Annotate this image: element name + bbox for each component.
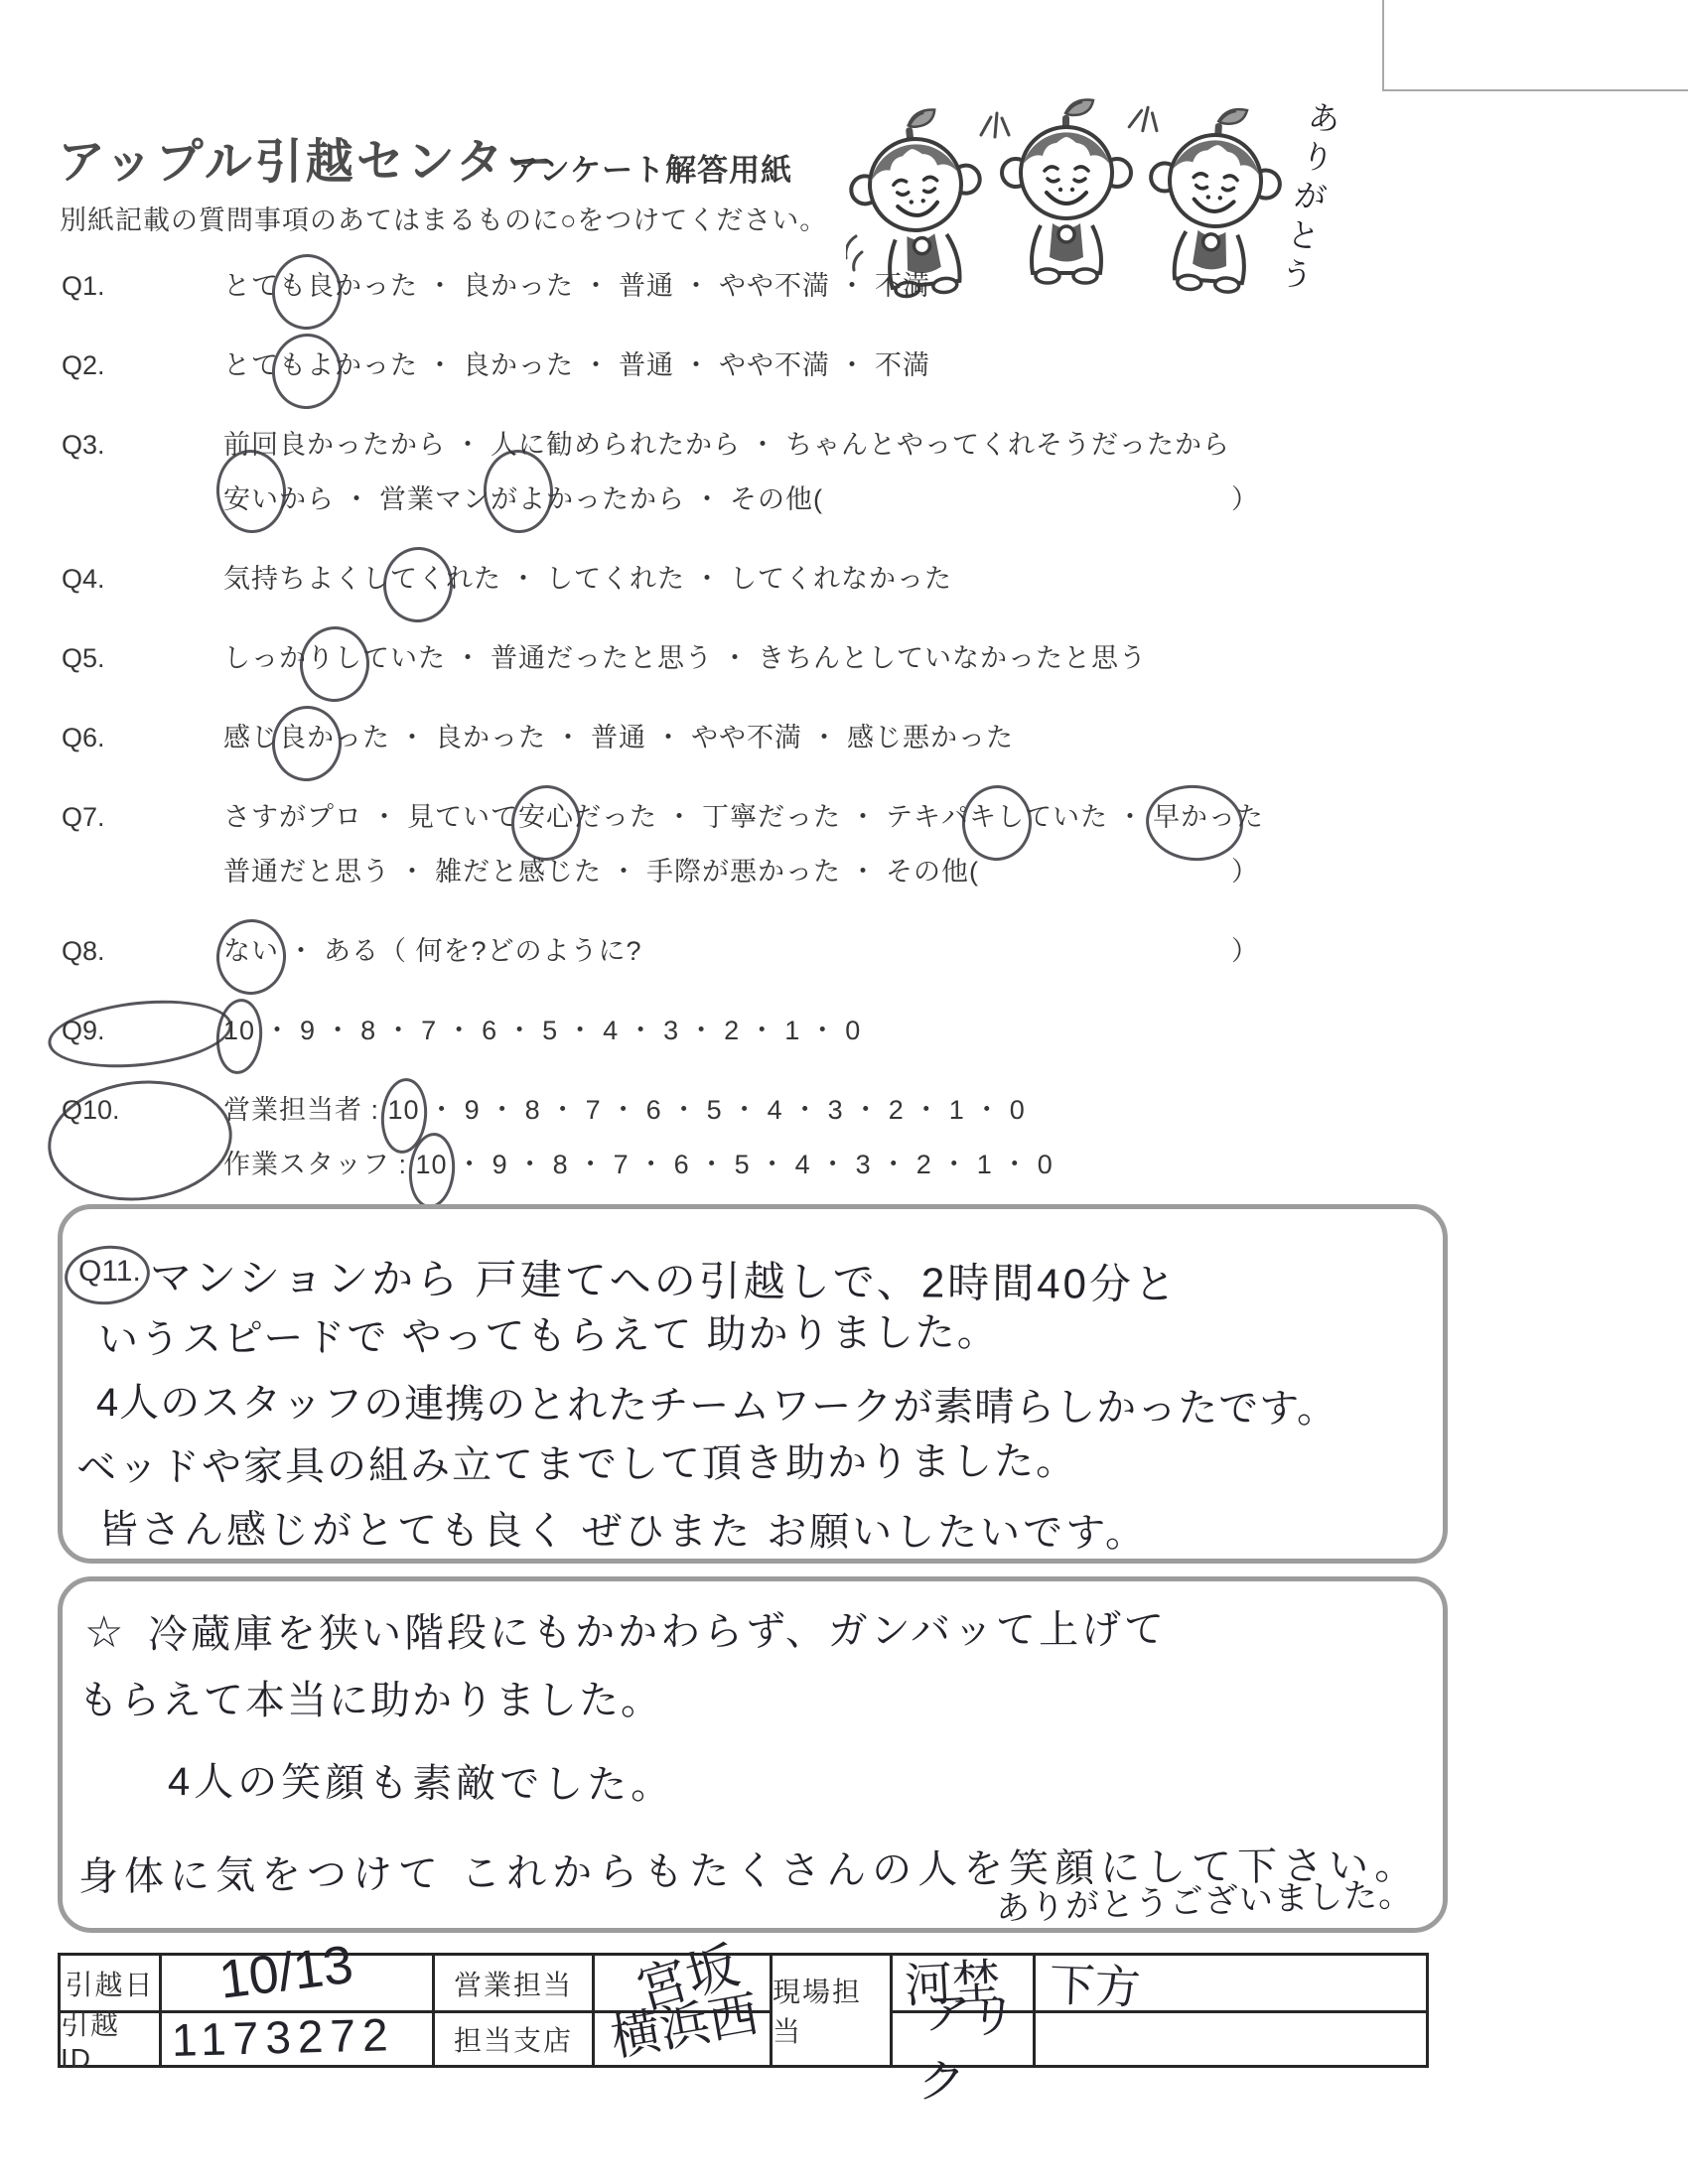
circled-option: 10 bbox=[223, 1011, 255, 1050]
circled-option: も良 bbox=[279, 266, 335, 306]
question-q9: Q9.10 ・ 9 ・ 8 ・ 7 ・ 6 ・ 5 ・ 4 ・ 3 ・ 2 ・ … bbox=[62, 1011, 1452, 1050]
question-options-line: さすがプロ ・ 見ていて安心だった ・ 丁寧だった ・ テキパキしていた ・ 早… bbox=[223, 797, 1452, 837]
brand-logo: アップル引越センター bbox=[58, 123, 557, 192]
handwritten-comment-line: もらえて本当に助かりました。 bbox=[78, 1669, 662, 1725]
option-text: だった ・ 丁寧だった ・ テキパ bbox=[574, 802, 969, 832]
form-title: アンケート解答用紙 bbox=[508, 145, 792, 190]
handwritten-comment-line: 冷蔵庫を狭い階段にもかかわらず、ガンバッて上げて bbox=[148, 1598, 1167, 1660]
option-text: 営業担当者 : bbox=[223, 1095, 388, 1125]
handwritten-comment-line: 皆さん感じがとても良く ぜひまた お願いしたいです。 bbox=[98, 1498, 1148, 1559]
option-text: ・ 9 ・ 8 ・ 7 ・ 6 ・ 5 ・ 4 ・ 3 ・ 2 ・ 1 ・ 0 bbox=[420, 1095, 1026, 1125]
circled-option: 早かっ bbox=[1153, 797, 1236, 837]
question-id: Q10. bbox=[62, 1090, 223, 1184]
handwritten-comment-line: マンションから 戸建てへの引越しで、2時間40分と bbox=[150, 1245, 1179, 1311]
option-text: ・ 9 ・ 8 ・ 7 ・ 6 ・ 5 ・ 4 ・ 3 ・ 2 ・ 1 ・ 0 bbox=[255, 1016, 861, 1045]
question-q5: Q5.しっかりしていた ・ 普通だったと思う ・ きちんとしていなかったと思う bbox=[62, 638, 1452, 678]
option-text: 前回良かったから ・ 人に勧められたから ・ ちゃんとやってくれそうだったから bbox=[223, 430, 1230, 460]
circled-option: 10 bbox=[388, 1090, 420, 1130]
move-id-value: 1173272 bbox=[171, 2007, 395, 2067]
scan-artifact-line bbox=[1382, 0, 1384, 91]
question-id: Q5. bbox=[62, 638, 223, 678]
option-text: れた ・ してくれた ・ してくれなかった bbox=[446, 564, 952, 594]
question-options-line: 営業担当者 : 10 ・ 9 ・ 8 ・ 7 ・ 6 ・ 5 ・ 4 ・ 3 ・… bbox=[223, 1090, 1452, 1130]
handwritten-comment-line: 4人のスタッフの連携のとれたチームワークが素晴らしかったです。 bbox=[96, 1371, 1337, 1434]
option-text: さすがプロ ・ 見ていて bbox=[223, 802, 518, 832]
handwritten-comment-line: 4人の笑顔も素敵でした。 bbox=[168, 1750, 675, 1811]
site-crew-value-3: アリク bbox=[915, 1974, 1037, 2118]
option-text: かった ・ 良かった ・ 普通 ・ やや不満 ・ 不満 bbox=[335, 271, 930, 301]
option-text: ていた ・ 普通だったと思う ・ きちんとしていなかったと思う bbox=[362, 643, 1147, 673]
comment-box-2: ☆冷蔵庫を狭い階段にもかかわらず、ガンバッて上げてもらえて本当に助かりました。4… bbox=[58, 1576, 1448, 1933]
question-q7: Q7.さすがプロ ・ 見ていて安心だった ・ 丁寧だった ・ テキパキしていた … bbox=[62, 797, 1452, 891]
circled-option: てく bbox=[390, 559, 446, 599]
circled-option: 良か bbox=[279, 718, 335, 757]
question-id: Q2. bbox=[62, 345, 223, 385]
option-text: かった ・ 良かった ・ 普通 ・ やや不満 ・ 不満 bbox=[335, 350, 930, 380]
comment-box-label: Q11. bbox=[78, 1255, 141, 1289]
question-options-line: 気持ちよくしてくれた ・ してくれた ・ してくれなかった bbox=[223, 559, 1452, 599]
questions-area: Q1.とても良かった ・ 良かった ・ 普通 ・ やや不満 ・ 不満Q2.とても… bbox=[62, 266, 1452, 1224]
option-text: しっか bbox=[223, 643, 307, 673]
question-q2: Q2.とてもよかった ・ 良かった ・ 普通 ・ やや不満 ・ 不満 bbox=[62, 345, 1452, 385]
question-q1: Q1.とても良かった ・ 良かった ・ 普通 ・ やや不満 ・ 不満 bbox=[62, 266, 1452, 306]
circled-option: りし bbox=[307, 638, 362, 678]
move-id-label: 引越 ID bbox=[61, 2010, 159, 2065]
option-text: かったから ・ その他( bbox=[546, 484, 823, 514]
question-options-line: 感じ良かった ・ 良かった ・ 普通 ・ やや不満 ・ 感じ悪かった bbox=[223, 718, 1452, 757]
question-id: Q1. bbox=[62, 266, 223, 306]
question-options-line: とても良かった ・ 良かった ・ 普通 ・ やや不満 ・ 不満 bbox=[223, 266, 1452, 306]
option-text: とて bbox=[223, 350, 279, 380]
question-options-line: しっかりしていた ・ 普通だったと思う ・ きちんとしていなかったと思う bbox=[223, 638, 1452, 678]
question-id: Q4. bbox=[62, 559, 223, 599]
sales-rep-label: 営業担当 bbox=[432, 1956, 592, 2010]
question-options-line: ない ・ ある（ 何を?どのように?） bbox=[223, 931, 1452, 971]
question-q8: Q8.ない ・ ある（ 何を?どのように?） bbox=[62, 931, 1452, 971]
option-text: ） bbox=[1231, 931, 1259, 971]
circled-option: がよ bbox=[491, 479, 546, 519]
question-q10: Q10.営業担当者 : 10 ・ 9 ・ 8 ・ 7 ・ 6 ・ 5 ・ 4 ・… bbox=[62, 1090, 1452, 1184]
option-text: た bbox=[1236, 802, 1264, 832]
branch-cell: 横浜西 bbox=[592, 2010, 770, 2065]
question-id: Q9. bbox=[62, 1011, 223, 1050]
site-crew-cell-2: 下方 bbox=[1033, 1956, 1426, 2010]
site-crew-label: 現場担当 bbox=[770, 1956, 890, 2065]
option-text: 普通だと思う ・ 雑だと感じた ・ 手際が悪かった ・ その他( bbox=[223, 857, 979, 887]
question-q3: Q3.前回良かったから ・ 人に勧められたから ・ ちゃんとやってくれそうだった… bbox=[62, 425, 1452, 519]
option-text: 感じ bbox=[223, 723, 279, 752]
question-id: Q8. bbox=[62, 931, 223, 971]
option-text: ていた ・ bbox=[1025, 802, 1153, 832]
move-date-label: 引越日 bbox=[61, 1956, 159, 2010]
instruction-text: 別紙記載の質問事項のあてはまるものに○をつけてください。 bbox=[60, 199, 827, 237]
question-q6: Q6.感じ良かった ・ 良かった ・ 普通 ・ やや不満 ・ 感じ悪かった bbox=[62, 718, 1452, 757]
circled-option: ない bbox=[223, 931, 279, 971]
question-options-line: 10 ・ 9 ・ 8 ・ 7 ・ 6 ・ 5 ・ 4 ・ 3 ・ 2 ・ 1 ・… bbox=[223, 1011, 1452, 1050]
site-crew-cell-3: アリク bbox=[890, 2010, 1033, 2065]
move-id-cell: 1173272 bbox=[159, 2010, 432, 2065]
circled-option: 安い bbox=[223, 479, 279, 519]
option-text: とて bbox=[223, 271, 279, 301]
option-text: ・ 9 ・ 8 ・ 7 ・ 6 ・ 5 ・ 4 ・ 3 ・ 2 ・ 1 ・ 0 bbox=[448, 1150, 1054, 1179]
question-options-line: 普通だと思う ・ 雑だと感じた ・ 手際が悪かった ・ その他(） bbox=[223, 852, 1452, 891]
question-q4: Q4.気持ちよくしてくれた ・ してくれた ・ してくれなかった bbox=[62, 559, 1452, 599]
question-options-line: とてもよかった ・ 良かった ・ 普通 ・ やや不満 ・ 不満 bbox=[223, 345, 1452, 385]
handwritten-comment-line: いうスピードで やってもらえて 助かりました。 bbox=[98, 1300, 999, 1365]
option-text: 作業スタッフ : bbox=[223, 1150, 416, 1179]
question-id: Q7. bbox=[62, 797, 223, 891]
circled-option: 安心 bbox=[518, 797, 574, 837]
branch-label: 担当支店 bbox=[432, 2010, 592, 2065]
move-date-cell: 10/13 bbox=[159, 1956, 432, 2010]
survey-sheet: アップル引越センター アンケート解答用紙 別紙記載の質問事項のあてはまるものに○… bbox=[0, 0, 1688, 2184]
site-crew-value-2: 下方 bbox=[1049, 1949, 1142, 2017]
option-text: ） bbox=[1231, 479, 1259, 519]
question-options-line: 前回良かったから ・ 人に勧められたから ・ ちゃんとやってくれそうだったから bbox=[223, 425, 1452, 465]
move-date-value: 10/13 bbox=[215, 1933, 356, 2010]
handwritten-comment-line: ベッドや家具の組み立てまでして頂き助かりました。 bbox=[76, 1430, 1077, 1493]
option-text: った ・ 良かった ・ 普通 ・ やや不満 ・ 感じ悪かった bbox=[335, 723, 1014, 752]
circled-option: 10 bbox=[416, 1145, 448, 1184]
comment-box-1: Q11.マンションから 戸建てへの引越しで、2時間40分というスピードで やって… bbox=[58, 1204, 1448, 1564]
scan-artifact-line bbox=[1382, 89, 1688, 91]
question-options-line: 作業スタッフ : 10 ・ 9 ・ 8 ・ 7 ・ 6 ・ 5 ・ 4 ・ 3 … bbox=[223, 1145, 1452, 1184]
question-id: Q3. bbox=[62, 425, 223, 519]
circled-option: もよ bbox=[279, 345, 335, 385]
site-crew-cell-4-empty bbox=[1033, 2010, 1426, 2065]
question-options-line: 安いから ・ 営業マンがよかったから ・ その他(） bbox=[223, 479, 1452, 519]
circled-option: キし bbox=[969, 797, 1025, 837]
question-id: Q6. bbox=[62, 718, 223, 757]
option-text: から ・ 営業マン bbox=[279, 484, 491, 514]
option-text: 気持ちよくし bbox=[223, 564, 390, 594]
option-text: ・ ある（ 何を?どのように? bbox=[279, 936, 642, 966]
option-text: ） bbox=[1231, 852, 1259, 891]
footer-table: 引越日 10/13 営業担当 宮坂 現場担当 河埜 下方 引越 ID 11732… bbox=[58, 1953, 1429, 2068]
comment-box-label: ☆ bbox=[84, 1607, 123, 1658]
